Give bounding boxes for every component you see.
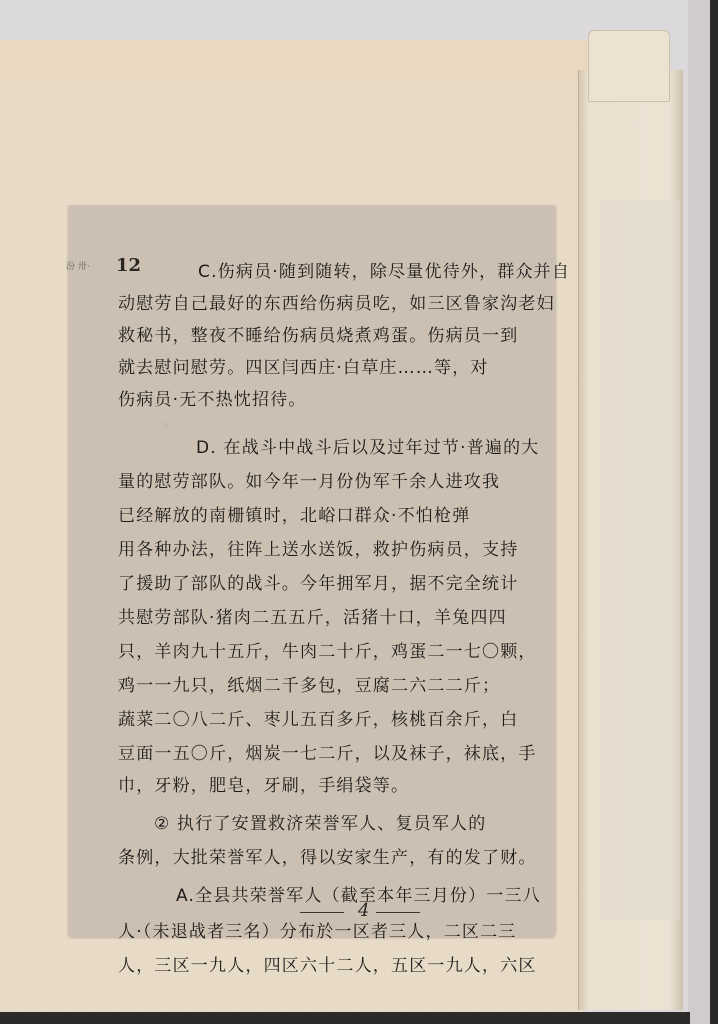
text-line: 人·（未退战者三名）分布於一区者三人，二区二三 [118,917,517,942]
text-line: 了援助了部队的战斗。今年拥军月，据不完全统计 [118,569,518,594]
text-line: 伤病员·无不热忱招待。 [118,385,307,410]
album-bottom-edge [0,1012,690,1024]
sheet-number: 12 [116,255,141,276]
text-line: 鸡一一九只，纸烟二千多包，豆腐二六二二斤； [118,671,500,696]
text-line: 只，羊肉九十五斤，牛肉二十斤，鸡蛋二一七〇颗， [118,637,537,662]
text-line: 条例，大批荣誉军人，得以安家生产，有的发了财。 [118,843,537,868]
text-line: 就去慰问慰劳。四区闫西庄·白草庄……等，对 [118,353,489,378]
bleed-through-text [600,200,680,920]
text-line: 蔬菜二〇八二斤、枣儿五百多斤，核桃百余斤，白 [118,705,518,730]
manuscript-sheet: 汾 卅· 12 C.伤病员·随到随转，除尽量优待外，群众并自 动慰劳自己最好的东… [68,205,556,937]
text-line: 救秘书，整夜不睡给伤病员烧煮鸡蛋。伤病员一到 [118,321,518,346]
text-line: 共慰劳部队·猪肉二五五斤，活猪十口，羊兔四四 [118,603,507,628]
text-line: C.伤病员·随到随转，除尽量优待外，群众并自 [198,257,570,282]
text-line: 已经解放的南栅镇时，北峪口群众·不怕枪弹 [118,501,470,526]
text-line: 巾，牙粉，肥皂，牙刷，手绢袋等。 [118,771,409,796]
text-line: A.全县共荣誉军人（截至本年三月份）一三八 [176,881,541,906]
text-line: 用各种办法，往阵上送水送饭，救护伤病员，支持 [118,535,518,560]
text-line: 量的慰劳部队。如今年一月份伪军千余人进攻我 [118,467,500,492]
album-top-strip [0,40,590,82]
section-heading-line: ② 执行了安置救济荣誉军人、复员军人的 [154,809,486,834]
binding-roll-top [588,30,670,102]
text-line: 豆面一五〇斤，烟炭一七二斤，以及袜子，袜底，手 [118,739,537,764]
text-line: D. 在战斗中战斗后以及过年过节·普遍的大 [196,433,540,458]
scanner-edge [710,0,718,1024]
margin-mark: 汾 卅· [66,259,90,272]
text-line: 动慰劳自己最好的东西给伤病员吃，如三区鲁家沟老妇 [118,289,555,314]
text-line: 人，三区一九人，四区六十二人，五区一九人，六区 [118,951,537,976]
